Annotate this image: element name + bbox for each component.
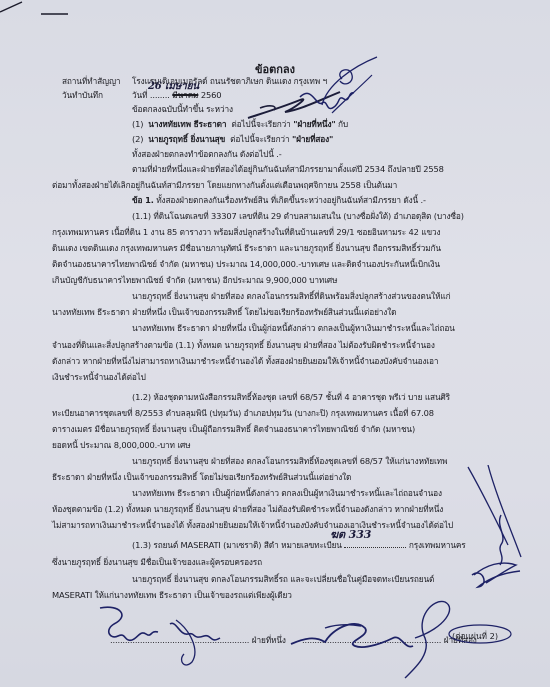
para-1-line-2: ต่อมาทั้งสองฝ่ายได้เลิกอยู่กินฉันท์สามีภ… <box>52 180 397 191</box>
signature-margin-right-lower <box>468 565 528 595</box>
party-1-line: (1) นางหทัยเทพ ธีระธาดา ต่อไปนี้จะเรียกว… <box>132 119 348 130</box>
clause-1-2-line-2: ทะเบียนอาคารชุดเลขที่ 8/2553 ตำบลลุมพินี… <box>52 408 434 419</box>
signature-line-party-2: ........................................… <box>302 635 477 646</box>
clause-1-1-line-4: ติดจำนองธนาคารไทยพาณิชย์ จำกัด (มหาชน) ป… <box>52 259 440 270</box>
clause-1-1-p3-line-4: เงินชำระหนี้จำนองได้ต่อไป <box>52 372 146 383</box>
clause-1-2-line-1: (1.2) ห้องชุดตามหนังสือกรรมสิทธิ์ห้องชุด… <box>132 392 450 403</box>
sign-label-party-1: ฝ่ายที่หนึ่ง <box>252 635 286 645</box>
clause-1-1-line-3: ดินแดง เขตดินแดง กรุงเทพมหานคร มีชื่อนาย… <box>52 243 441 254</box>
intro-line: ข้อตกลงฉบับนี้ทำขึ้น ระหว่าง <box>132 104 233 115</box>
clause-1-2-line-3: ตารางเมตร มีชื่อนายภูรฤทธิ์ ยิ่งนานสุข เ… <box>52 424 415 435</box>
clause-1-1-line-1: (1.1) ที่ดินโฉนดเลขที่ 33307 เลขที่ดิน 2… <box>132 211 464 222</box>
clause-1-1-line-5: เกินบัญชีกับธนาคารไทยพาณิชย์ จำกัด (มหาช… <box>52 275 337 286</box>
plate-handwritten: ฆต 333 <box>330 529 371 540</box>
clause-1-2-p3-line-1: นางหทัยเทพ ธีระธาดา เป็นผู้ก่อหนี้ดังกล่… <box>132 488 442 499</box>
party-2-line: (2) นายภูรฤทธิ์ ยิ่งนานสุข ต่อไปนี้จะเรี… <box>132 134 333 145</box>
party-1-name: นางหทัยเทพ ธีระธาดา <box>148 119 226 129</box>
party-1-role: "ฝ่ายที่หนึ่ง" <box>293 119 335 129</box>
clause-1-1-line-2: กรุงเทพมหานคร เนื้อที่ดิน 1 งาน 85 ตาราง… <box>52 227 440 238</box>
date-label: วันทำบันทึก <box>62 90 103 101</box>
clause-1-1-p3-line-2: จำนองที่ดินและสิ่งปลูกสร้างตามข้อ (1.1) … <box>52 340 435 351</box>
clause-1-1-p2-line-1: นายภูรฤทธิ์ ยิ่งนานสุข ฝ่ายที่สอง ตกลงโอ… <box>132 291 450 302</box>
party-2-name: นายภูรฤทธิ์ ยิ่งนานสุข <box>148 134 225 144</box>
date-year: 2560 <box>201 90 222 100</box>
clause-1-3-p2-line-2: MASERATI ให้แก่นางหทัยเทพ ธีระธาดา เป็นเ… <box>52 590 292 601</box>
clause-1-3-line-2: ซึ่งนายภูรฤทธิ์ ยิ่งนานสุข มีชื่อเป็นเจ้… <box>52 557 262 568</box>
document-page: ข้อตกลง สถานที่ทำสัญญา โรงแรมเดิเอมเมอรั… <box>0 0 550 687</box>
clause-1-2-p3-line-2: ห้องชุดตามข้อ (1.2) ทั้งหมด นายภูรฤทธิ์ … <box>52 504 443 515</box>
party-2-role: "ฝ่ายที่สอง" <box>292 134 333 144</box>
place-label: สถานที่ทำสัญญา <box>62 76 120 87</box>
clause-1-3-p2-line-1: นายภูรฤทธิ์ ยิ่งนานสุข ตกลงโอนกรรมสิทธิ์… <box>132 574 434 585</box>
clause-1-3-line-1: (1.3) รถยนต์ MASERATI (มาเซราติ) สีดำ หม… <box>132 540 466 551</box>
clause-1-heading: ข้อ 1. ทั้งสองฝ่ายตกลงกันเรื่องทรัพย์สิน… <box>132 195 426 206</box>
clause-1-1-p2-line-2: นางหทัยเทพ ธีระธาดา ฝ่ายที่หนึ่ง เป็นเจ้… <box>52 307 396 318</box>
para-1-line-1: ตามที่ฝ่ายที่หนึ่งและฝ่ายที่สองได้อยู่กิ… <box>132 164 444 175</box>
signature-margin-right <box>466 465 550 595</box>
clause-1-2-p3-line-3: ไม่สามารถหาเงินมาชำระหนี้จำนองได้ ทั้งสอ… <box>52 520 453 531</box>
sign-label-party-2: ฝ่ายที่สอง <box>444 635 477 645</box>
clause-1-1-p3-line-1: นางหทัยเทพ ธีระธาดา ฝ่ายที่หนึ่ง เป็นผู้… <box>132 323 455 334</box>
agree-line: ทั้งสองฝ่ายตกลงทำข้อตกลงกัน ดังต่อไปนี้ … <box>132 149 282 160</box>
clause-1-2-p2-line-1: นายภูรฤทธิ์ ยิ่งนานสุข ฝ่ายที่สอง ตกลงโอ… <box>132 456 447 467</box>
clause-1-1-p3-line-3: ดังกล่าว หากฝ่ายที่หนึ่งไม่สามารถหาเงินม… <box>52 356 438 367</box>
clause-1-2-p2-line-2: ธีระธาดา ฝ่ายที่หนึ่ง เป็นเจ้าของกรรมสิท… <box>52 472 351 483</box>
clause-1-2-line-4: ยอดหนี้ ประมาณ 8,000,000.-บาท เศษ <box>52 440 190 451</box>
pen-mark-top-left <box>0 0 80 20</box>
date-prefix: วันที่ <box>132 90 147 100</box>
date-handwritten: 26 เมษายน <box>148 81 199 92</box>
signature-line-party-1: ........................................… <box>110 635 286 646</box>
